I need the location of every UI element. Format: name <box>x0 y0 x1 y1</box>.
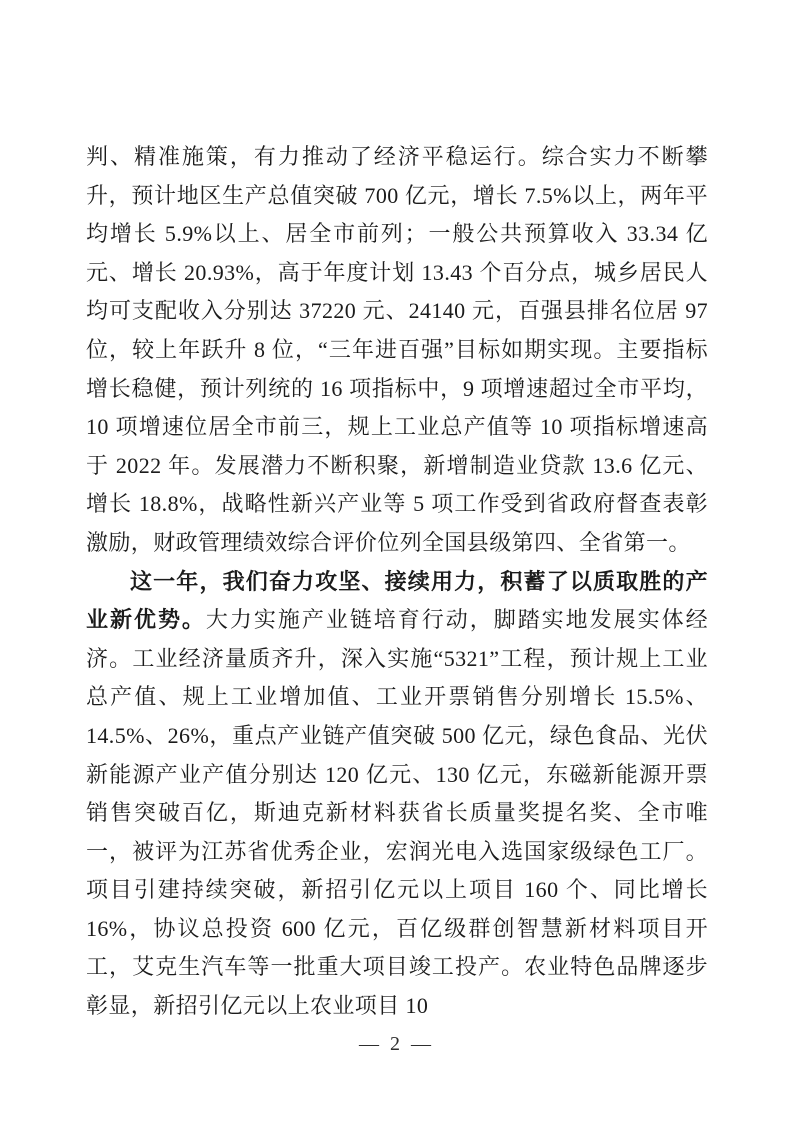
document-page: 判、精准施策，有力推动了经济平稳运行。综合实力不断攀升，预计地区生产总值突破 7… <box>0 0 793 1122</box>
document-body: 判、精准施策，有力推动了经济平稳运行。综合实力不断攀升，预计地区生产总值突破 7… <box>86 138 708 1026</box>
paragraph-2-body: 大力实施产业链培育行动，脚踏实地发展实体经济。工业经济量质齐升，深入实施“532… <box>86 607 708 1018</box>
paragraph-1-text: 判、精准施策，有力推动了经济平稳运行。综合实力不断攀升，预计地区生产总值突破 7… <box>86 144 708 555</box>
paragraph-2: 这一年，我们奋力攻坚、接续用力，积蓄了以质取胜的产业新优势。大力实施产业链培育行… <box>86 563 708 1026</box>
paragraph-continued: 判、精准施策，有力推动了经济平稳运行。综合实力不断攀升，预计地区生产总值突破 7… <box>86 138 708 563</box>
page-number: — 2 — <box>0 1033 793 1056</box>
